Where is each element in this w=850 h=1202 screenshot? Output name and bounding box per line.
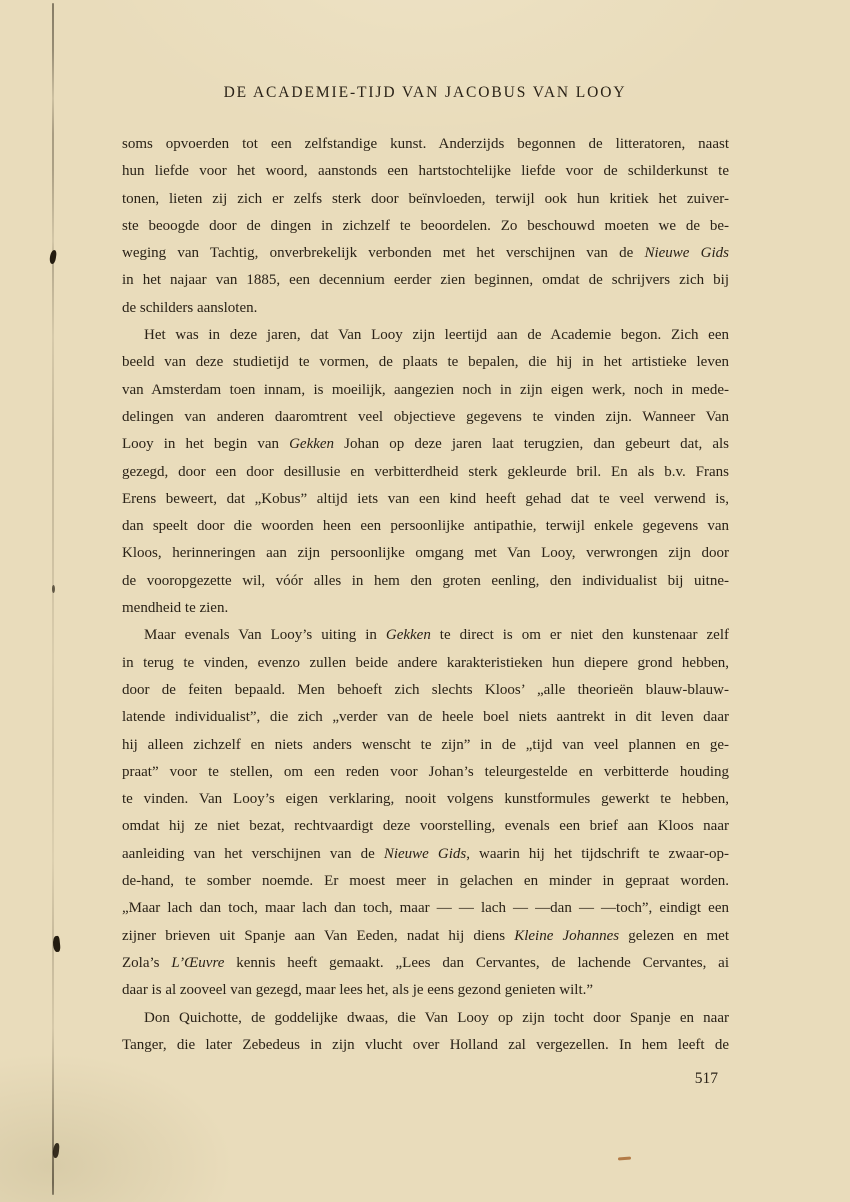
text-line: tonen, lieten zij zich er zelfs sterk do… bbox=[122, 186, 729, 213]
text-segment: kennis heeft gemaakt. „Lees dan Cervante… bbox=[224, 955, 729, 971]
scan-crease-line bbox=[52, 3, 54, 1195]
text-line: in het najaar van 1885, een decennium ee… bbox=[122, 267, 729, 294]
text-segment: Gekken bbox=[289, 436, 334, 452]
text-line: Tanger, die later Zebedeus in zijn vluch… bbox=[122, 1032, 729, 1059]
text-segment: zijner brieven uit Spanje aan Van Eeden,… bbox=[122, 928, 514, 944]
text-segment: beeld van deze studietijd te vormen, de … bbox=[122, 354, 729, 370]
text-line: in terug te vinden, evenzo zullen beide … bbox=[122, 650, 729, 677]
text-line: door de feiten bepaald. Men behoeft zich… bbox=[122, 677, 729, 704]
text-segment: van Amsterdam toen innam, is moeilijk, a… bbox=[122, 382, 729, 398]
text-segment: gezegd, door een door desillusie en verb… bbox=[122, 464, 729, 480]
text-line: van Amsterdam toen innam, is moeilijk, a… bbox=[122, 377, 729, 404]
text-line: Kloos, herinneringen aan zijn persoonlij… bbox=[122, 540, 729, 567]
text-line: Looy in het begin van Gekken Johan op de… bbox=[122, 431, 729, 458]
text-segment: weging van Tachtig, onverbrekelijk verbo… bbox=[122, 245, 644, 261]
text-line: de vooropgezette wil, vóór alles in hem … bbox=[122, 568, 729, 595]
text-line: soms opvoerden tot een zelfstandige kuns… bbox=[122, 131, 729, 158]
stray-pencil-mark bbox=[618, 1157, 631, 1161]
ink-smudge bbox=[52, 585, 55, 593]
text-segment: Gekken bbox=[386, 627, 431, 643]
text-line: „Maar lach dan toch, maar lach dan toch,… bbox=[122, 895, 729, 922]
text-body: soms opvoerden tot een zelfstandige kuns… bbox=[122, 131, 729, 1059]
text-segment: Don Quichotte, de goddelijke dwaas, die … bbox=[144, 1010, 729, 1026]
text-line: praat” voor te stellen, om een reden voo… bbox=[122, 759, 729, 786]
text-segment: Het was in deze jaren, dat Van Looy zijn… bbox=[144, 327, 729, 343]
ink-smudge bbox=[52, 936, 61, 953]
text-segment: Maar evenals Van Looy’s uiting in bbox=[144, 627, 386, 643]
text-segment: mendheid te zien. bbox=[122, 600, 228, 616]
text-segment: door de feiten bepaald. Men behoeft zich… bbox=[122, 682, 729, 698]
text-segment: dan speelt door die woorden heen een per… bbox=[122, 518, 729, 534]
text-segment: latende individualist”, die zich „verder… bbox=[122, 709, 729, 725]
text-line: de schilders aansloten. bbox=[122, 295, 729, 322]
text-segment: Zola’s bbox=[122, 955, 171, 971]
text-line: mendheid te zien. bbox=[122, 595, 729, 622]
text-segment: gelezen en met bbox=[619, 928, 729, 944]
text-line: weging van Tachtig, onverbrekelijk verbo… bbox=[122, 240, 729, 267]
text-line: delingen van anderen daaromtrent veel ob… bbox=[122, 404, 729, 431]
text-segment: praat” voor te stellen, om een reden voo… bbox=[122, 764, 729, 780]
text-segment: soms opvoerden tot een zelfstandige kuns… bbox=[122, 136, 729, 152]
text-line: ste beoogde door de dingen in zichzelf t… bbox=[122, 213, 729, 240]
text-line: Don Quichotte, de goddelijke dwaas, die … bbox=[122, 1005, 729, 1032]
text-segment: Erens beweert, dat „Kobus” altijd iets v… bbox=[122, 491, 729, 507]
text-segment: Kleine Johannes bbox=[514, 928, 619, 944]
text-segment: te direct is om er niet den kunstenaar z… bbox=[431, 627, 729, 643]
text-segment: Tanger, die later Zebedeus in zijn vluch… bbox=[122, 1037, 729, 1053]
text-segment: „Maar lach dan toch, maar lach dan toch,… bbox=[122, 900, 729, 916]
text-line: gezegd, door een door desillusie en verb… bbox=[122, 459, 729, 486]
text-segment: Johan op deze jaren laat terugzien, dan … bbox=[334, 436, 729, 452]
text-line: latende individualist”, die zich „verder… bbox=[122, 704, 729, 731]
text-line: de-hand, te somber noemde. Er moest meer… bbox=[122, 868, 729, 895]
text-segment: delingen van anderen daaromtrent veel ob… bbox=[122, 409, 729, 425]
text-line: aanleiding van het verschijnen van de Ni… bbox=[122, 841, 729, 868]
chapter-title: DE ACADEMIE-TIJD VAN JACOBUS VAN LOOY bbox=[0, 84, 850, 102]
text-line: daar is al zooveel van gezegd, maar lees… bbox=[122, 977, 729, 1004]
text-segment: L’Œuvre bbox=[171, 955, 224, 971]
text-segment: tonen, lieten zij zich er zelfs sterk do… bbox=[122, 191, 729, 207]
text-segment: in het najaar van 1885, een decennium ee… bbox=[122, 272, 729, 288]
text-line: hij alleen zichzelf en niets anders wens… bbox=[122, 732, 729, 759]
text-line: zijner brieven uit Spanje aan Van Eeden,… bbox=[122, 923, 729, 950]
text-segment: aanleiding van het verschijnen van de bbox=[122, 846, 384, 862]
ink-smudge bbox=[52, 1143, 59, 1158]
ink-smudge bbox=[49, 250, 57, 265]
text-segment: Nieuwe Gids bbox=[644, 245, 729, 261]
text-line: Erens beweert, dat „Kobus” altijd iets v… bbox=[122, 486, 729, 513]
text-line: beeld van deze studietijd te vormen, de … bbox=[122, 349, 729, 376]
text-segment: Nieuwe Gids bbox=[384, 846, 466, 862]
text-line: dan speelt door die woorden heen een per… bbox=[122, 513, 729, 540]
text-line: Maar evenals Van Looy’s uiting in Gekken… bbox=[122, 622, 729, 649]
text-segment: omdat hij ze niet bezat, rechtvaardigt d… bbox=[122, 818, 729, 834]
page-number: 517 bbox=[122, 1070, 718, 1088]
text-segment: , waarin hij het tijdschrift te zwaar-op… bbox=[466, 846, 729, 862]
text-segment: Kloos, herinneringen aan zijn persoonlij… bbox=[122, 545, 729, 561]
text-segment: ste beoogde door de dingen in zichzelf t… bbox=[122, 218, 729, 234]
text-segment: daar is al zooveel van gezegd, maar lees… bbox=[122, 982, 593, 998]
text-segment: Looy in het begin van bbox=[122, 436, 289, 452]
text-line: Zola’s L’Œuvre kennis heeft gemaakt. „Le… bbox=[122, 950, 729, 977]
text-segment: te vinden. Van Looy’s eigen verklaring, … bbox=[122, 791, 729, 807]
book-page: DE ACADEMIE-TIJD VAN JACOBUS VAN LOOY so… bbox=[0, 0, 850, 1202]
text-segment: hun liefde voor het woord, aanstonds een… bbox=[122, 163, 729, 179]
text-line: hun liefde voor het woord, aanstonds een… bbox=[122, 158, 729, 185]
text-line: Het was in deze jaren, dat Van Looy zijn… bbox=[122, 322, 729, 349]
text-line: omdat hij ze niet bezat, rechtvaardigt d… bbox=[122, 813, 729, 840]
text-segment: de schilders aansloten. bbox=[122, 300, 257, 316]
text-segment: hij alleen zichzelf en niets anders wens… bbox=[122, 737, 729, 753]
text-segment: de vooropgezette wil, vóór alles in hem … bbox=[122, 573, 729, 589]
text-segment: in terug te vinden, evenzo zullen beide … bbox=[122, 655, 729, 671]
text-line: te vinden. Van Looy’s eigen verklaring, … bbox=[122, 786, 729, 813]
text-segment: de-hand, te somber noemde. Er moest meer… bbox=[122, 873, 729, 889]
